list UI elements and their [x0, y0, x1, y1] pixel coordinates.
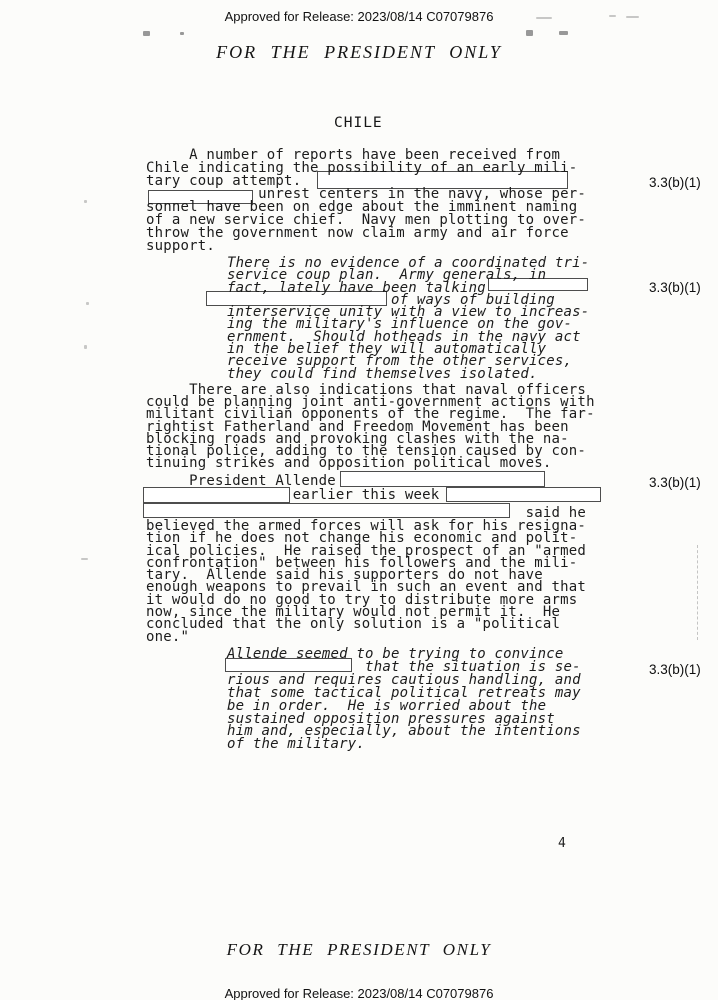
scan-dash — [536, 17, 552, 19]
paragraph-comment-triservice: There is no evidence of a coordinated tr… — [227, 257, 589, 380]
scan-dash — [609, 15, 616, 17]
footer-release-line: Approved for Release: 2023/08/14 C070798… — [0, 986, 718, 1000]
redaction-box — [340, 471, 545, 487]
scan-speck — [526, 30, 533, 36]
page-number: 4 — [558, 836, 566, 851]
header-classification: FOR THE PRESIDENT ONLY — [0, 42, 718, 63]
paragraph-allende-statement: believed the armed forces will ask for h… — [146, 520, 586, 643]
scan-speck — [84, 200, 87, 203]
scan-speck — [86, 302, 89, 305]
page-title: CHILE — [334, 115, 383, 131]
margin-note-3: 3.3(b)(1) — [649, 475, 718, 490]
paragraph-naval-officers: There are also indications that naval of… — [146, 384, 595, 469]
scan-speck — [180, 32, 184, 35]
margin-note-1: 3.3(b)(1) — [649, 175, 718, 190]
line-earlier-this-week: earlier this week — [146, 489, 439, 502]
paragraph-comment-allende: Allende seemed to be trying to convince … — [227, 648, 581, 751]
scan-dash — [81, 558, 88, 560]
footer-classification: FOR THE PRESIDENT ONLY — [0, 940, 718, 960]
scan-speck — [559, 31, 568, 35]
scan-speck — [84, 345, 87, 349]
scan-dash — [626, 16, 639, 18]
margin-note-2: 3.3(b)(1) — [649, 280, 718, 295]
margin-note-4: 3.3(b)(1) — [649, 662, 718, 677]
redaction-box — [446, 487, 601, 502]
scan-vertical-dashed-line — [697, 545, 698, 640]
document-page: Approved for Release: 2023/08/14 C070798… — [0, 0, 718, 1000]
scan-speck — [143, 31, 150, 36]
paragraph-coup-reports: A number of reports have been received f… — [146, 149, 586, 253]
